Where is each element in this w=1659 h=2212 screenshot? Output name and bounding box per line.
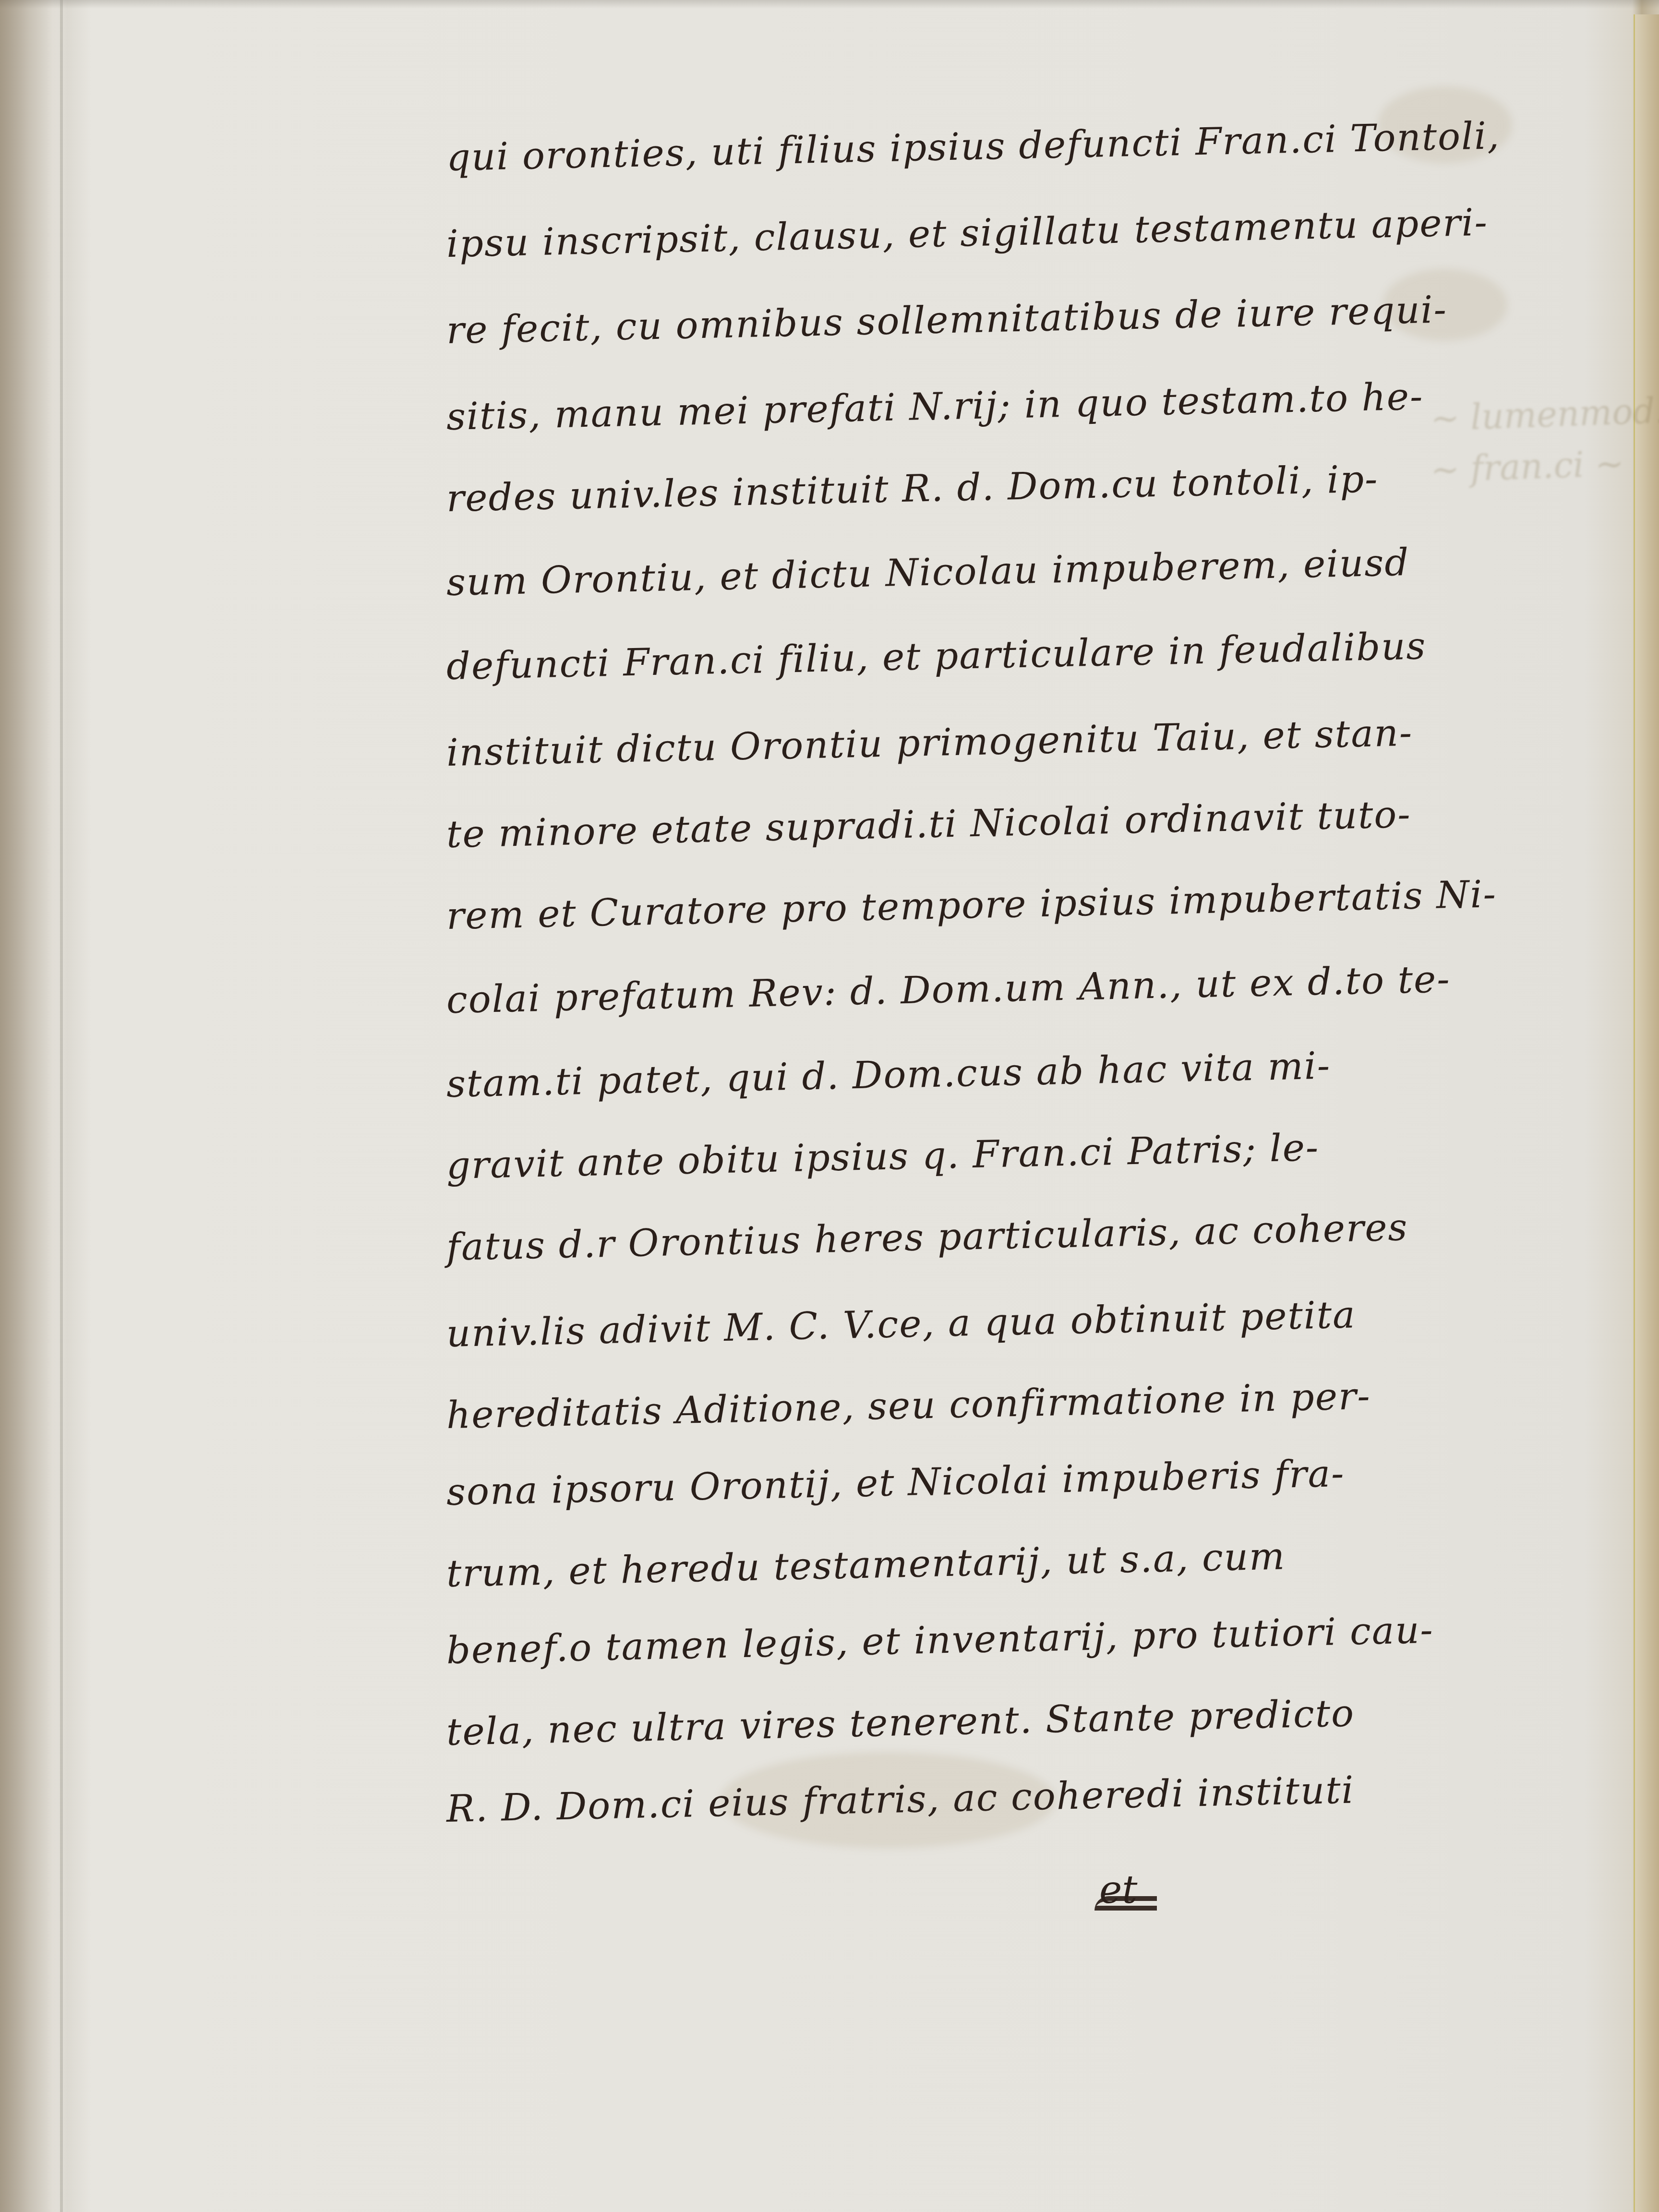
manuscript-line: re fecit, cu omnibus sollemnitatibus de …: [446, 291, 1447, 349]
manuscript-line: tela, nec ultra vires tenerent. Stante p…: [446, 1695, 1355, 1751]
manuscript-line: defuncti Fran.ci filiu, et particulare i…: [446, 627, 1427, 685]
manuscript-line: te minore etate supradi.ti Nicolai ordin…: [446, 796, 1411, 854]
manuscript-line: benef.o tamen legis, et inventarij, pro …: [446, 1611, 1434, 1670]
catchword: et: [1099, 1867, 1138, 1912]
manuscript-line: R. D. Dom.ci eius fratris, ac coheredi i…: [446, 1771, 1355, 1828]
bleed-through-text: ~ fran.ci ~: [1430, 443, 1625, 490]
manuscript-line: qui oronties, uti filius ipsius defuncti…: [446, 117, 1500, 177]
manuscript-line: colai prefatum Rev: d. Dom.um Ann., ut e…: [446, 961, 1451, 1019]
manuscript-line: hereditatis Aditione, seu confirmatione …: [446, 1378, 1371, 1434]
manuscript-photo: ~ lumenmod. ~ ~ fran.ci ~ qui oronties, …: [0, 0, 1659, 2212]
manuscript-line: sum Orontiu, et dictu Nicolau impuberem,…: [446, 544, 1410, 601]
manuscript-line: ipsu inscripsit, clausu, et sigillatu te…: [446, 204, 1489, 263]
binding-gutter: [0, 0, 58, 2212]
manuscript-line: univ.lis adivit M. C. V.ce, a qua obtinu…: [446, 1296, 1356, 1353]
page-fold-line: [60, 0, 63, 2212]
manuscript-line: gravit ante obitu ipsius q. Fran.ci Patr…: [446, 1129, 1320, 1185]
manuscript-line: trum, et heredu testamentarij, ut s.a, c…: [446, 1538, 1286, 1593]
manuscript-line: fatus d.r Orontius heres particularis, a…: [446, 1209, 1408, 1266]
facing-page-edge: [1634, 14, 1659, 2212]
manuscript-line: stam.ti patet, qui d. Dom.cus ab hac vit…: [446, 1047, 1331, 1103]
manuscript-line: redes univ.les instituit R. d. Dom.cu to…: [446, 460, 1379, 517]
bleed-through-text: ~ lumenmod. ~: [1430, 389, 1659, 439]
manuscript-line: sona ipsoru Orontij, et Nicolai impuberi…: [446, 1455, 1345, 1511]
manuscript-line: sitis, manu mei prefati N.rij; in quo te…: [446, 378, 1424, 436]
page-top-edge: [0, 0, 1659, 9]
manuscript-line: instituit dictu Orontiu primogenitu Taiu…: [446, 714, 1413, 772]
manuscript-line: rem et Curatore pro tempore ipsius impub…: [446, 876, 1497, 935]
